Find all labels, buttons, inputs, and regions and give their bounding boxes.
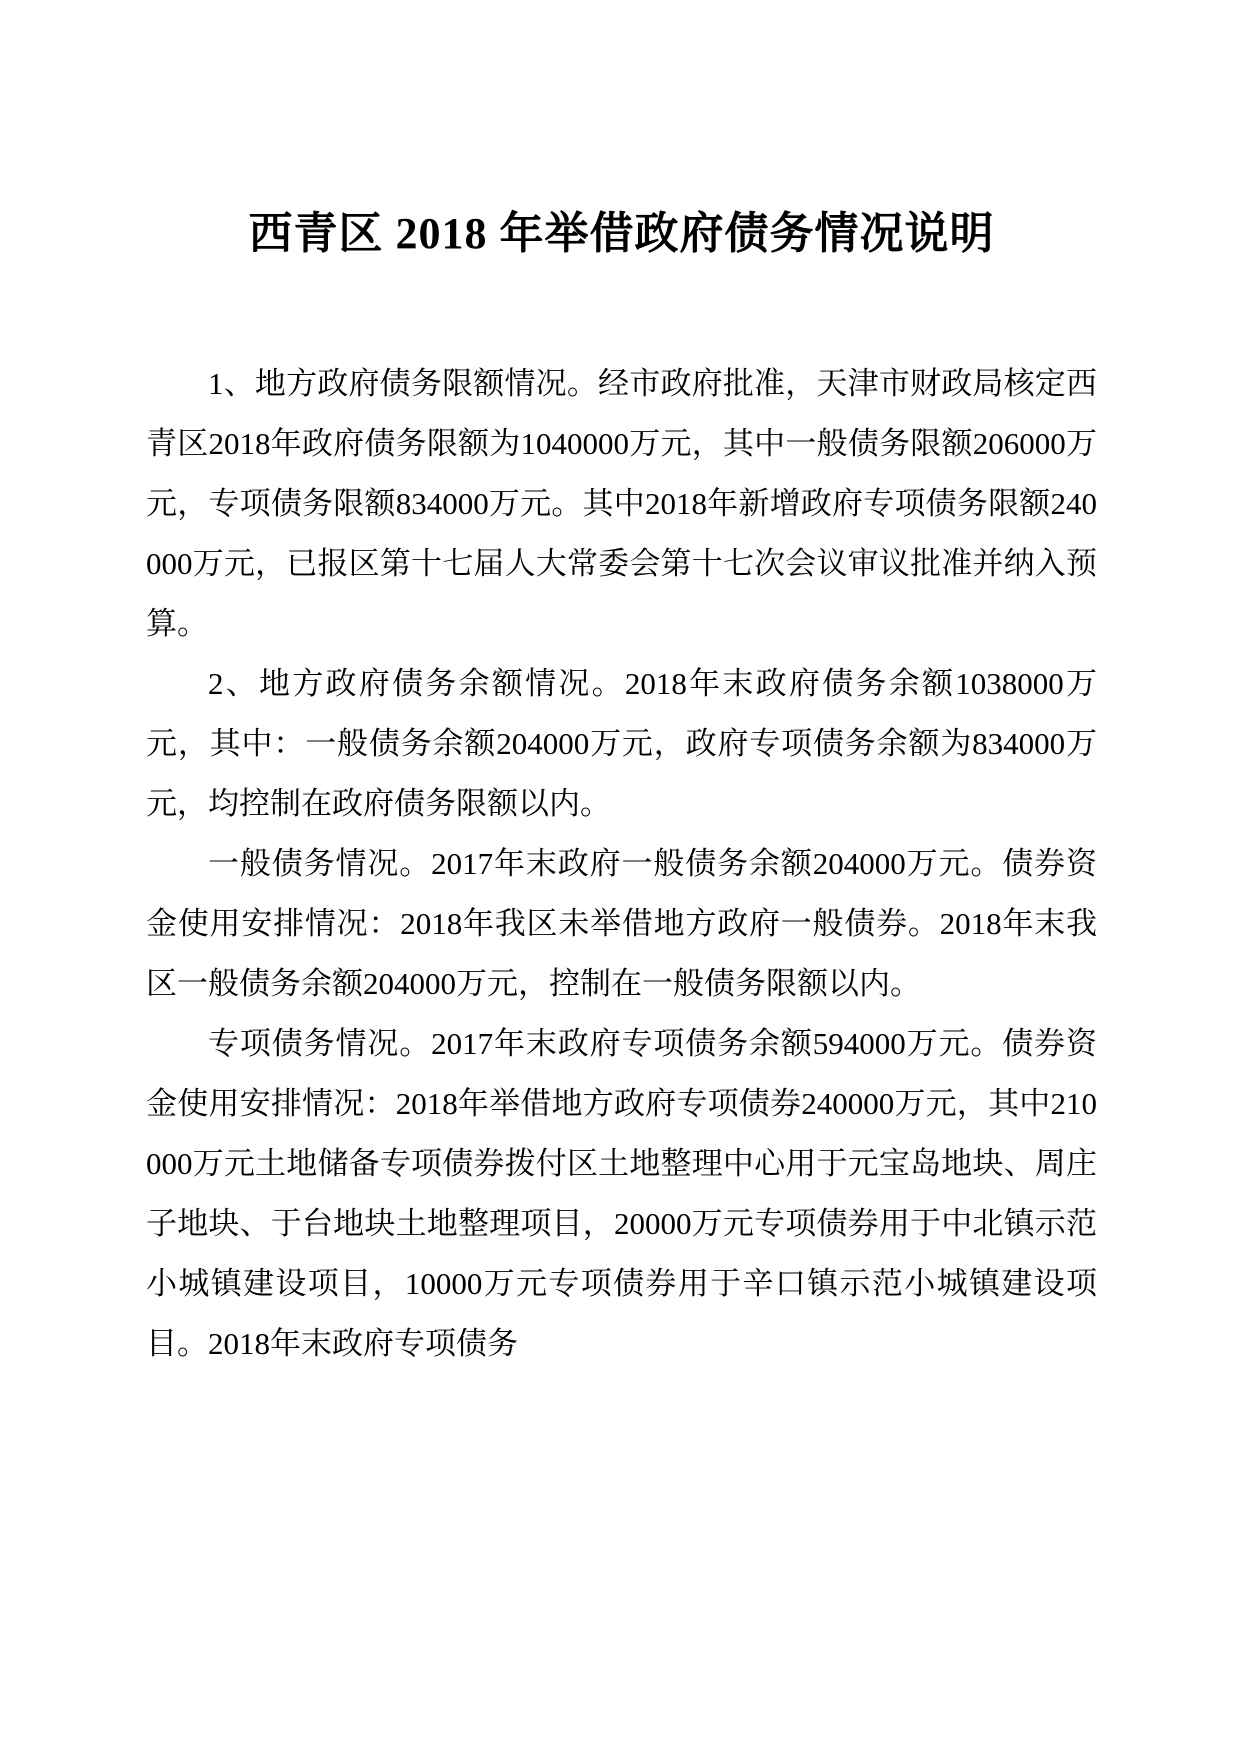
document-title: 西青区 2018 年举借政府债务情况说明 — [146, 202, 1097, 266]
paragraph-debt-limit: 1、地方政府债务限额情况。经市政府批准，天津市财政局核定西青区2018年政府债务… — [146, 354, 1097, 654]
paragraph-special-debt: 专项债务情况。2017年末政府专项债务余额594000万元。债券资金使用安排情况… — [146, 1014, 1097, 1374]
paragraph-general-debt: 一般债务情况。2017年末政府一般债务余额204000万元。债券资金使用安排情况… — [146, 834, 1097, 1014]
document-body: 1、地方政府债务限额情况。经市政府批准，天津市财政局核定西青区2018年政府债务… — [146, 354, 1097, 1374]
document-page: 西青区 2018 年举借政府债务情况说明 1、地方政府债务限额情况。经市政府批准… — [0, 0, 1241, 1754]
paragraph-debt-balance: 2、地方政府债务余额情况。2018年末政府债务余额1038000万元，其中：一般… — [146, 654, 1097, 834]
